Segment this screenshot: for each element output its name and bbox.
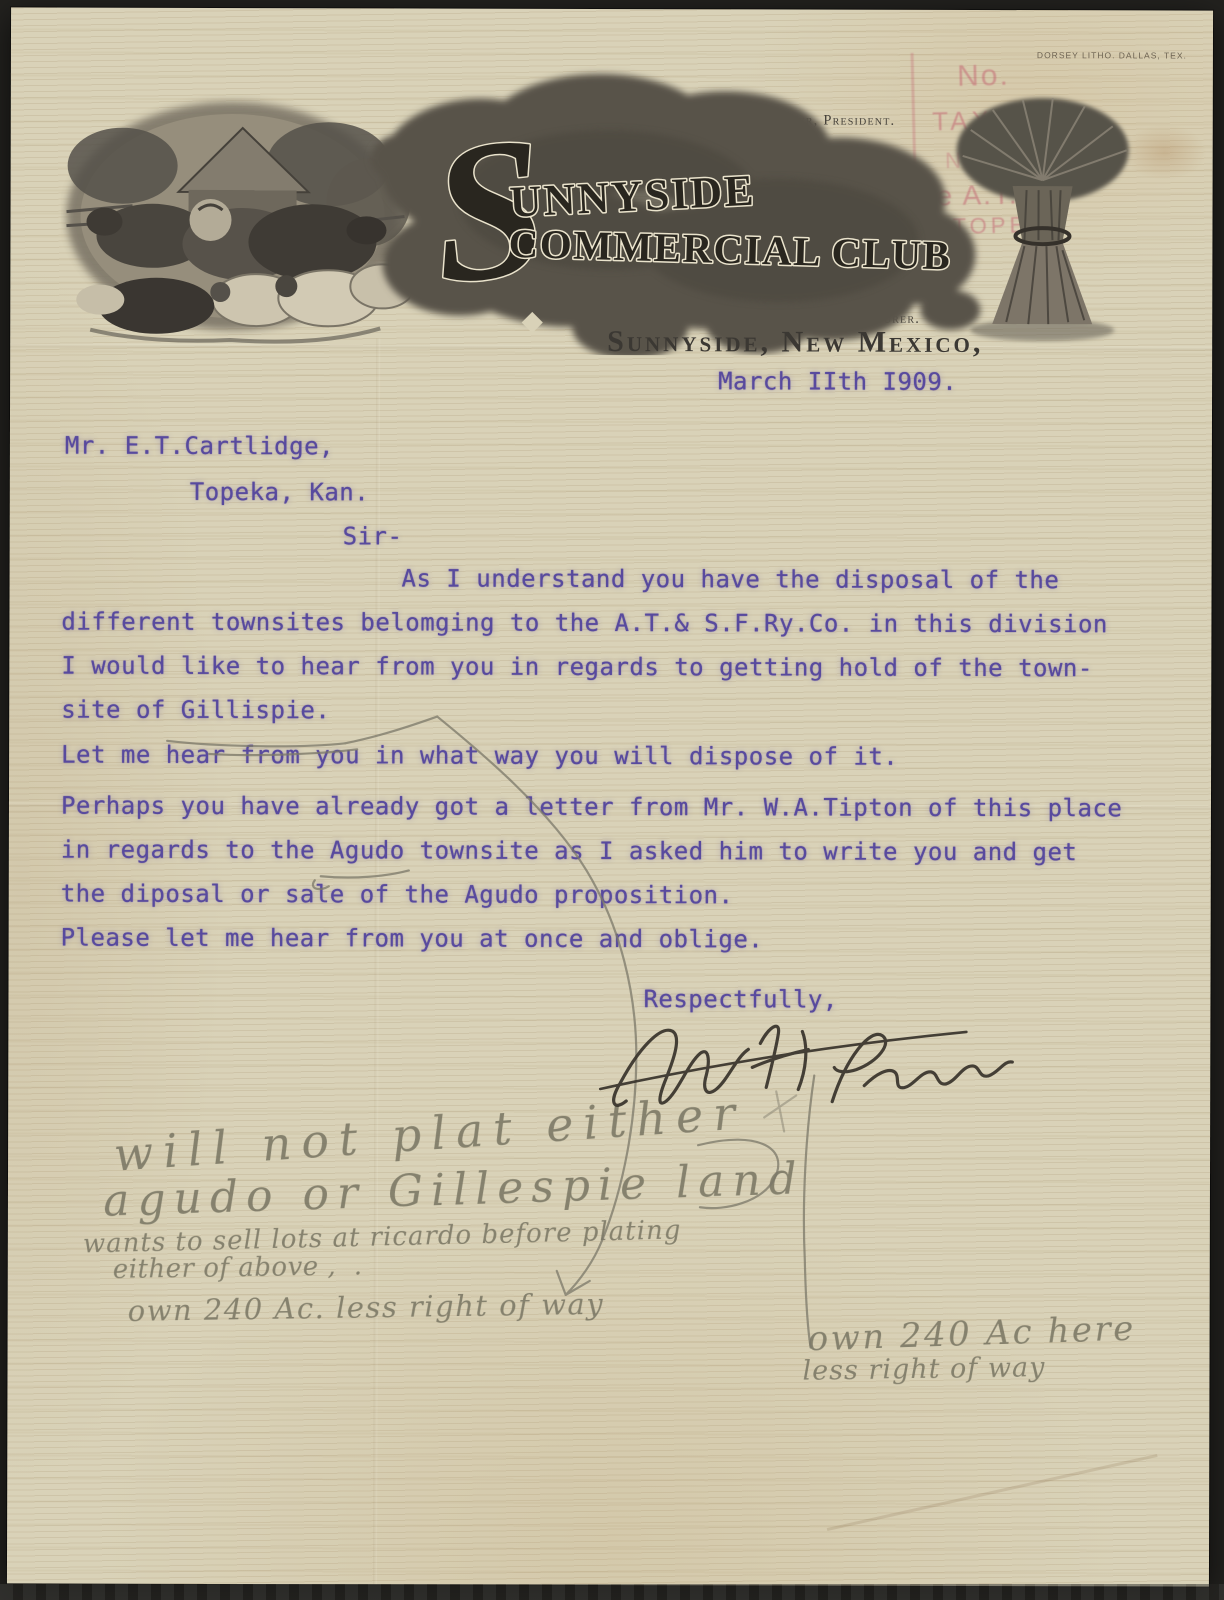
pencil-note: own 240 Ac. less right of way <box>127 1287 604 1328</box>
body-line: I would like to hear from you in regards… <box>61 652 1093 683</box>
letter-date: March IIth I909. <box>718 367 957 396</box>
body-line: Let me hear from you in what way you wil… <box>61 741 898 771</box>
body-line: As I understand you have the disposal of… <box>402 564 1060 594</box>
body-line: Please let me hear from you at once and … <box>61 924 764 954</box>
photo-background: { "letterhead": { "printer_credit": "DOR… <box>0 0 1224 1600</box>
officer-line: A.P.Anaya, Vice-President. <box>663 175 969 198</box>
salutation: Sir- <box>343 522 403 550</box>
closing-line: Respectfully, <box>643 985 837 1014</box>
diamond-ornament <box>522 312 543 333</box>
letter-sheet: DORSEY LITHO. DALLAS, TEX. No. TAX-DEP N… <box>7 7 1213 1586</box>
body-line: in regards to the Agudo townsite as I as… <box>61 836 1078 867</box>
body-line: Perhaps you have already got a letter fr… <box>61 792 1122 823</box>
location-line: Sunnyside, New Mexico, <box>607 325 983 360</box>
pencil-note: less right of way <box>802 1352 1045 1387</box>
club-name-initial: S <box>422 95 555 326</box>
officer-line: M.R.Baker, President. <box>663 109 969 132</box>
body-line: different townsites belomging to the A.T… <box>61 608 1108 639</box>
pencil-note: own 240 Ac here <box>807 1309 1136 1360</box>
pencil-note: either of above , . <box>113 1251 363 1285</box>
officer-line: W.H.Parker, Secretary. <box>662 241 968 264</box>
recipient-city: Topeka, Kan. <box>190 478 369 506</box>
recipient-name: Mr. E.T.Cartlidge, <box>65 432 334 461</box>
body-line: the diposal or sale of the Agudo proposi… <box>61 880 734 910</box>
body-line: site of Gillispie. <box>61 696 330 725</box>
pencil-vertical-line <box>804 1076 815 1348</box>
livestock-vignette-icon <box>60 94 411 347</box>
